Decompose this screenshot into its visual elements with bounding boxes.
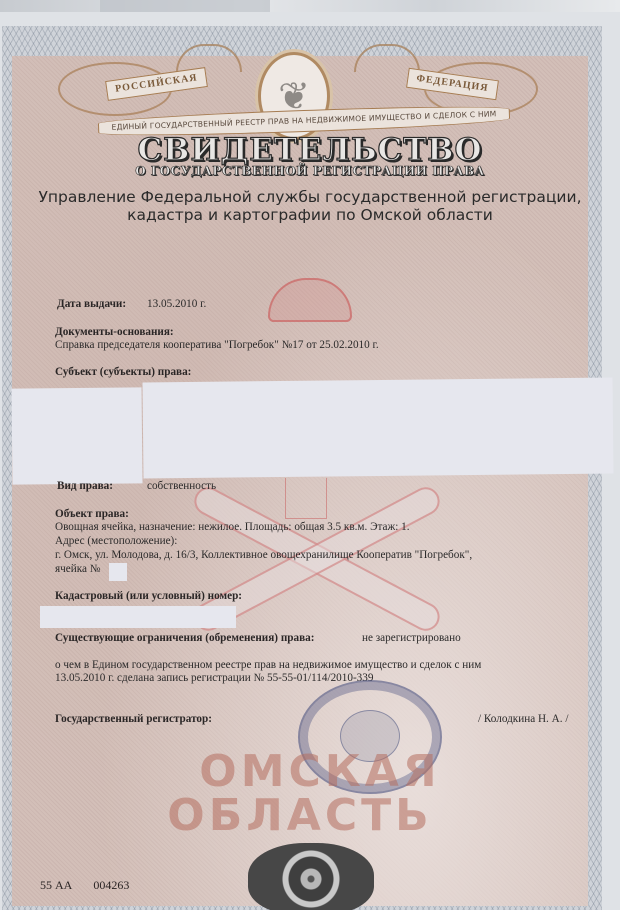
- issue-date-value: 13.05.2010 г.: [147, 298, 206, 310]
- address-value: г. Омск, ул. Молодова, д. 16/3, Коллекти…: [55, 549, 472, 561]
- registry-record-line-2: 13.05.2010 г. сделана запись регистрации…: [55, 672, 373, 684]
- crown-ornament-left: [176, 44, 242, 72]
- registrar-name: / Колодкина Н. А. /: [478, 713, 568, 725]
- registry-record-line-1: о чем в Едином государственном реестре п…: [55, 659, 481, 671]
- right-type-value: собственность: [147, 480, 216, 492]
- cadastral-redaction: [40, 606, 236, 628]
- underlying-print: [100, 0, 270, 12]
- restrictions-label: Существующие ограничения (обременения) п…: [55, 632, 314, 644]
- region-watermark-line-2: ОБЛАСТЬ: [0, 790, 610, 841]
- registrar-label: Государственный регистратор:: [55, 713, 212, 725]
- cell-number-label: ячейка №: [55, 563, 100, 575]
- issue-date-label: Дата выдачи:: [57, 298, 126, 310]
- serial-series: 55 АА: [40, 878, 72, 892]
- agency-line-2: кадастра и картографии по Омской области: [0, 206, 620, 224]
- restrictions-value: не зарегистрировано: [362, 632, 461, 644]
- address-label: Адрес (местоположение):: [55, 535, 177, 547]
- serial-number: 55 АА 004263: [40, 878, 147, 893]
- issuing-agency: Управление Федеральной службы государств…: [0, 188, 620, 224]
- subject-redaction: [143, 378, 614, 479]
- object-description: Овощная ячейка, назначение: нежилое. Пло…: [55, 521, 410, 533]
- basis-label: Документы-основания:: [55, 326, 174, 338]
- subject-redaction-left: [12, 387, 143, 484]
- serial-digits: 004263: [93, 878, 129, 892]
- basis-value: Справка председателя кооператива "Погреб…: [55, 339, 379, 351]
- security-rosette-icon: [248, 843, 374, 910]
- header-ribbon: РОССИЙСКАЯ ФЕДЕРАЦИЯ ❦ ЕДИНЫЙ ГОСУДАРСТВ…: [58, 32, 538, 142]
- object-label: Объект права:: [55, 508, 129, 520]
- right-type-label: Вид права:: [57, 480, 113, 492]
- document-subtitle: О ГОСУДАРСТВЕННОЙ РЕГИСТРАЦИИ ПРАВА: [0, 164, 620, 178]
- subject-label: Субъект (субъекты) права:: [55, 366, 191, 378]
- agency-line-1: Управление Федеральной службы государств…: [0, 188, 620, 206]
- document-title: СВИДЕТЕЛЬСТВО: [0, 132, 620, 168]
- cadastral-label: Кадастровый (или условный) номер:: [55, 590, 242, 602]
- cell-number-redaction: [109, 563, 127, 581]
